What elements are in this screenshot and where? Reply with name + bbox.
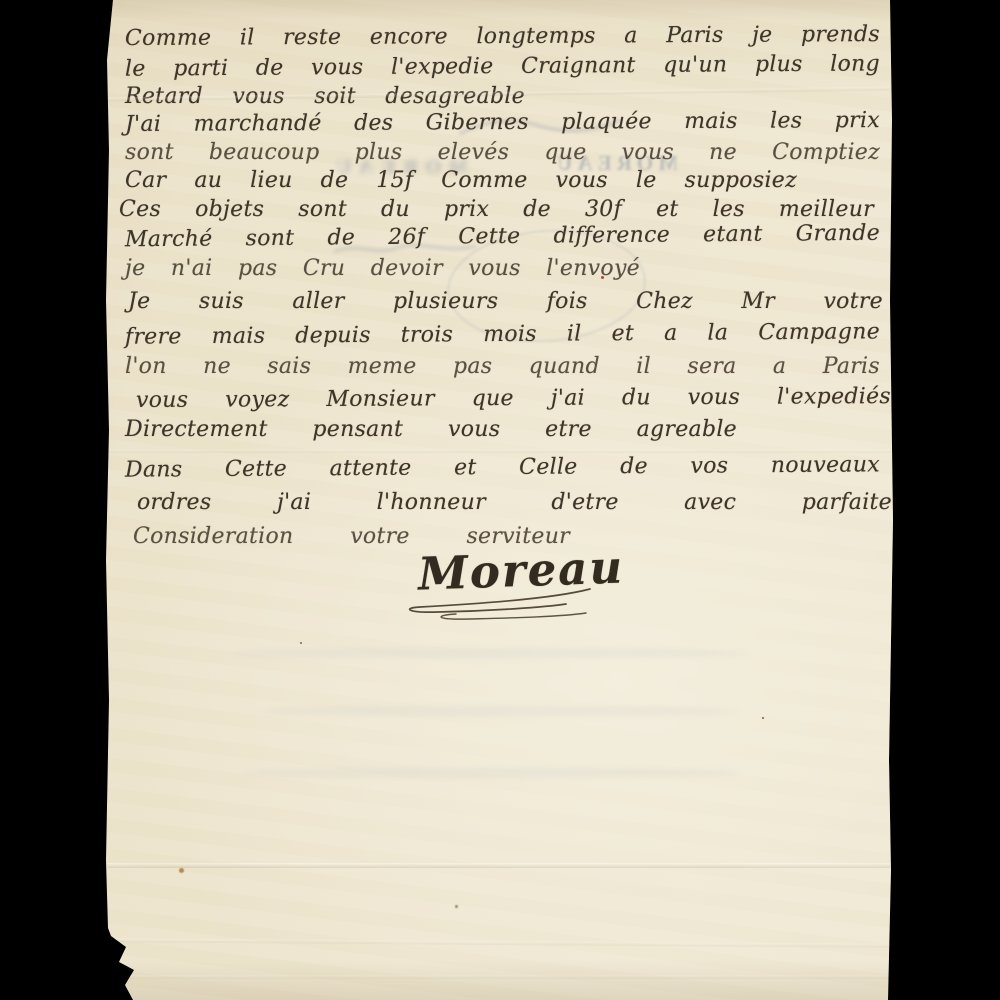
letter-line: Directement pensant vous etre agreable — [125, 417, 737, 447]
letter-line: vous voyez Monsieur que j'ai du vous l'e… — [136, 384, 891, 418]
photo-backdrop: { "scene": { "description_label": "Handw… — [0, 0, 1000, 1000]
letter-line: ordres j'ai l'honneur d'etre avec parfai… — [137, 490, 892, 520]
letter-line: Marché sont de 26f Cette difference etan… — [125, 221, 880, 258]
letter-line: Dans Cette attente et Celle de vos nouve… — [125, 452, 880, 487]
letter-line: sont beaucoup plus elevés que vous ne Co… — [125, 140, 880, 170]
letter-line: Car au lieu de 15f Comme vous le supposi… — [125, 168, 797, 198]
paper-speck — [455, 905, 458, 908]
fold-crease — [108, 975, 890, 979]
paper-speck — [601, 276, 604, 279]
paper-speck — [845, 60, 847, 62]
letter-line: Comme il reste encore longtemps a Paris … — [125, 22, 880, 56]
fold-crease — [108, 863, 890, 868]
fold-crease — [108, 938, 890, 947]
showthrough-ghost-line — [240, 768, 740, 778]
signature-flourish — [398, 586, 593, 624]
showthrough-ghost-line — [230, 648, 750, 658]
paper-speck — [762, 717, 764, 719]
letter-line: je n'ai pas Cru devoir vous l'envoyé — [125, 256, 640, 286]
letter-line: J'ai marchandé des Gibernes plaquée mais… — [125, 108, 880, 142]
letter-line: l'on ne sais meme pas quand il sera a Pa… — [125, 354, 880, 384]
letter-line: frere mais depuis trois mois il et a la … — [125, 319, 880, 354]
paper-speck — [300, 642, 302, 644]
paper-speck — [179, 868, 184, 873]
fold-crease — [108, 449, 890, 453]
letter-paper: MOREAU MOREAU Comme il reste encore long… — [0, 0, 1000, 1000]
showthrough-ghost-line — [260, 706, 740, 716]
letter-line: le parti de vous l'expedie Craignant qu'… — [125, 51, 880, 86]
letter-line: Je suis aller plusieurs fois Chez Mr vot… — [128, 289, 883, 319]
